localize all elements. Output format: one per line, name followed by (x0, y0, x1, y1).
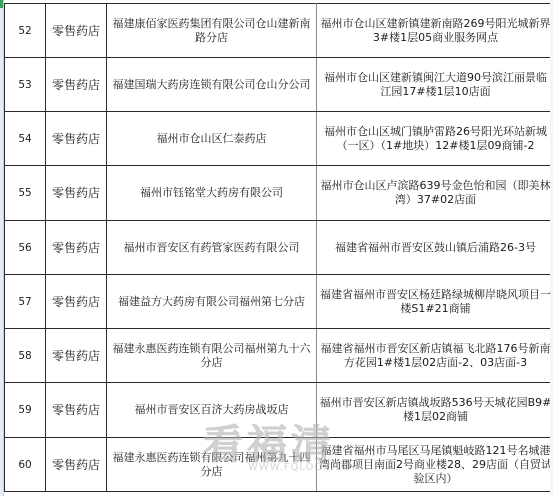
cell-address[interactable]: 福州市仓山区建新镇建新南路269号阳光城新界3#楼1层05商业服务网点 (317, 4, 553, 58)
cell-type[interactable]: 零售药店 (46, 166, 107, 221)
cell-address[interactable]: 福州市晋安区新店镇战坂路536号天城花园B9#楼1层02商铺 (317, 383, 553, 438)
cell-company-name[interactable]: 福州市仓山区仁泰药店 (107, 112, 317, 166)
spreadsheet-sheet: 52零售药店福建康佰家医药集团有限公司仓山建新南路分店福州市仓山区建新镇建新南路… (0, 0, 553, 496)
cell-address[interactable]: 福建省福州市晋安区杨廷路绿城柳岸晓风项目一楼S1#21商铺 (317, 275, 553, 329)
cell-number[interactable]: 55 (5, 166, 46, 221)
table-row: 53零售药店福建国瑞大药房连锁有限公司仓山分公司福州市仓山区建新镇闽江大道90号… (5, 58, 553, 112)
cell-type[interactable]: 零售药店 (46, 4, 107, 58)
table-row: 60零售药店福建永惠医药连锁有限公司福州第九十四分店福建省福州市马尾区马尾镇魁岐… (5, 438, 553, 492)
pharmacy-table: 52零售药店福建康佰家医药集团有限公司仓山建新南路分店福州市仓山区建新镇建新南路… (4, 3, 553, 492)
cell-company-name[interactable]: 福州市晋安区百济大药房战坂店 (107, 383, 317, 438)
cell-address[interactable]: 福州市仓山区卢滨路639号金色怡和园（即美林湾）37#02店面 (317, 166, 553, 221)
cell-address[interactable]: 福建省福州市马尾区马尾镇魁岐路121号名城港湾尚郡项目南面2号商业楼28、29店… (317, 438, 553, 492)
table-row: 56零售药店福州市晋安区有药管家医药有限公司福建省福州市晋安区鼓山镇后浦路26-… (5, 221, 553, 275)
cell-company-name[interactable]: 福建永惠医药连锁有限公司福州第九十四分店 (107, 438, 317, 492)
cell-company-name[interactable]: 福建康佰家医药集团有限公司仓山建新南路分店 (107, 4, 317, 58)
cell-number[interactable]: 56 (5, 221, 46, 275)
cell-address[interactable]: 福州市仓山区城门镇胪雷路26号阳光环站新城（一区）（1#地块）12#楼1层09商… (317, 112, 553, 166)
cell-type[interactable]: 零售药店 (46, 58, 107, 112)
selection-marker (0, 0, 3, 8)
cell-address[interactable]: 福建省福州市晋安区新店镇福飞北路176号新南方花园1#楼1层02店面-2、03店… (317, 329, 553, 383)
cell-company-name[interactable]: 福州市钰铭堂大药房有限公司 (107, 166, 317, 221)
cell-company-name[interactable]: 福建永惠医药连锁有限公司福州第九十六分店 (107, 329, 317, 383)
cell-number[interactable]: 59 (5, 383, 46, 438)
cell-address[interactable]: 福州市仓山区建新镇闽江大道90号滨江丽景临江园17#楼1层10店面 (317, 58, 553, 112)
cell-number[interactable]: 53 (5, 58, 46, 112)
cell-company-name[interactable]: 福州市晋安区有药管家医药有限公司 (107, 221, 317, 275)
cell-number[interactable]: 52 (5, 4, 46, 58)
table-row: 57零售药店福建益方大药房有限公司福州第七分店福建省福州市晋安区杨廷路绿城柳岸晓… (5, 275, 553, 329)
cell-address[interactable]: 福建省福州市晋安区鼓山镇后浦路26-3号 (317, 221, 553, 275)
cell-type[interactable]: 零售药店 (46, 438, 107, 492)
cell-number[interactable]: 57 (5, 275, 46, 329)
cell-company-name[interactable]: 福建国瑞大药房连锁有限公司仓山分公司 (107, 58, 317, 112)
cell-number[interactable]: 54 (5, 112, 46, 166)
cell-type[interactable]: 零售药店 (46, 221, 107, 275)
cell-type[interactable]: 零售药店 (46, 112, 107, 166)
cell-company-name[interactable]: 福建益方大药房有限公司福州第七分店 (107, 275, 317, 329)
cell-type[interactable]: 零售药店 (46, 275, 107, 329)
cell-type[interactable]: 零售药店 (46, 329, 107, 383)
cell-number[interactable]: 58 (5, 329, 46, 383)
cell-type[interactable]: 零售药店 (46, 383, 107, 438)
table-row: 52零售药店福建康佰家医药集团有限公司仓山建新南路分店福州市仓山区建新镇建新南路… (5, 4, 553, 58)
cell-number[interactable]: 60 (5, 438, 46, 492)
table-row: 58零售药店福建永惠医药连锁有限公司福州第九十六分店福建省福州市晋安区新店镇福飞… (5, 329, 553, 383)
table-row: 55零售药店福州市钰铭堂大药房有限公司福州市仓山区卢滨路639号金色怡和园（即美… (5, 166, 553, 221)
table-row: 54零售药店福州市仓山区仁泰药店福州市仓山区城门镇胪雷路26号阳光环站新城（一区… (5, 112, 553, 166)
table-row: 59零售药店福州市晋安区百济大药房战坂店福州市晋安区新店镇战坂路536号天城花园… (5, 383, 553, 438)
